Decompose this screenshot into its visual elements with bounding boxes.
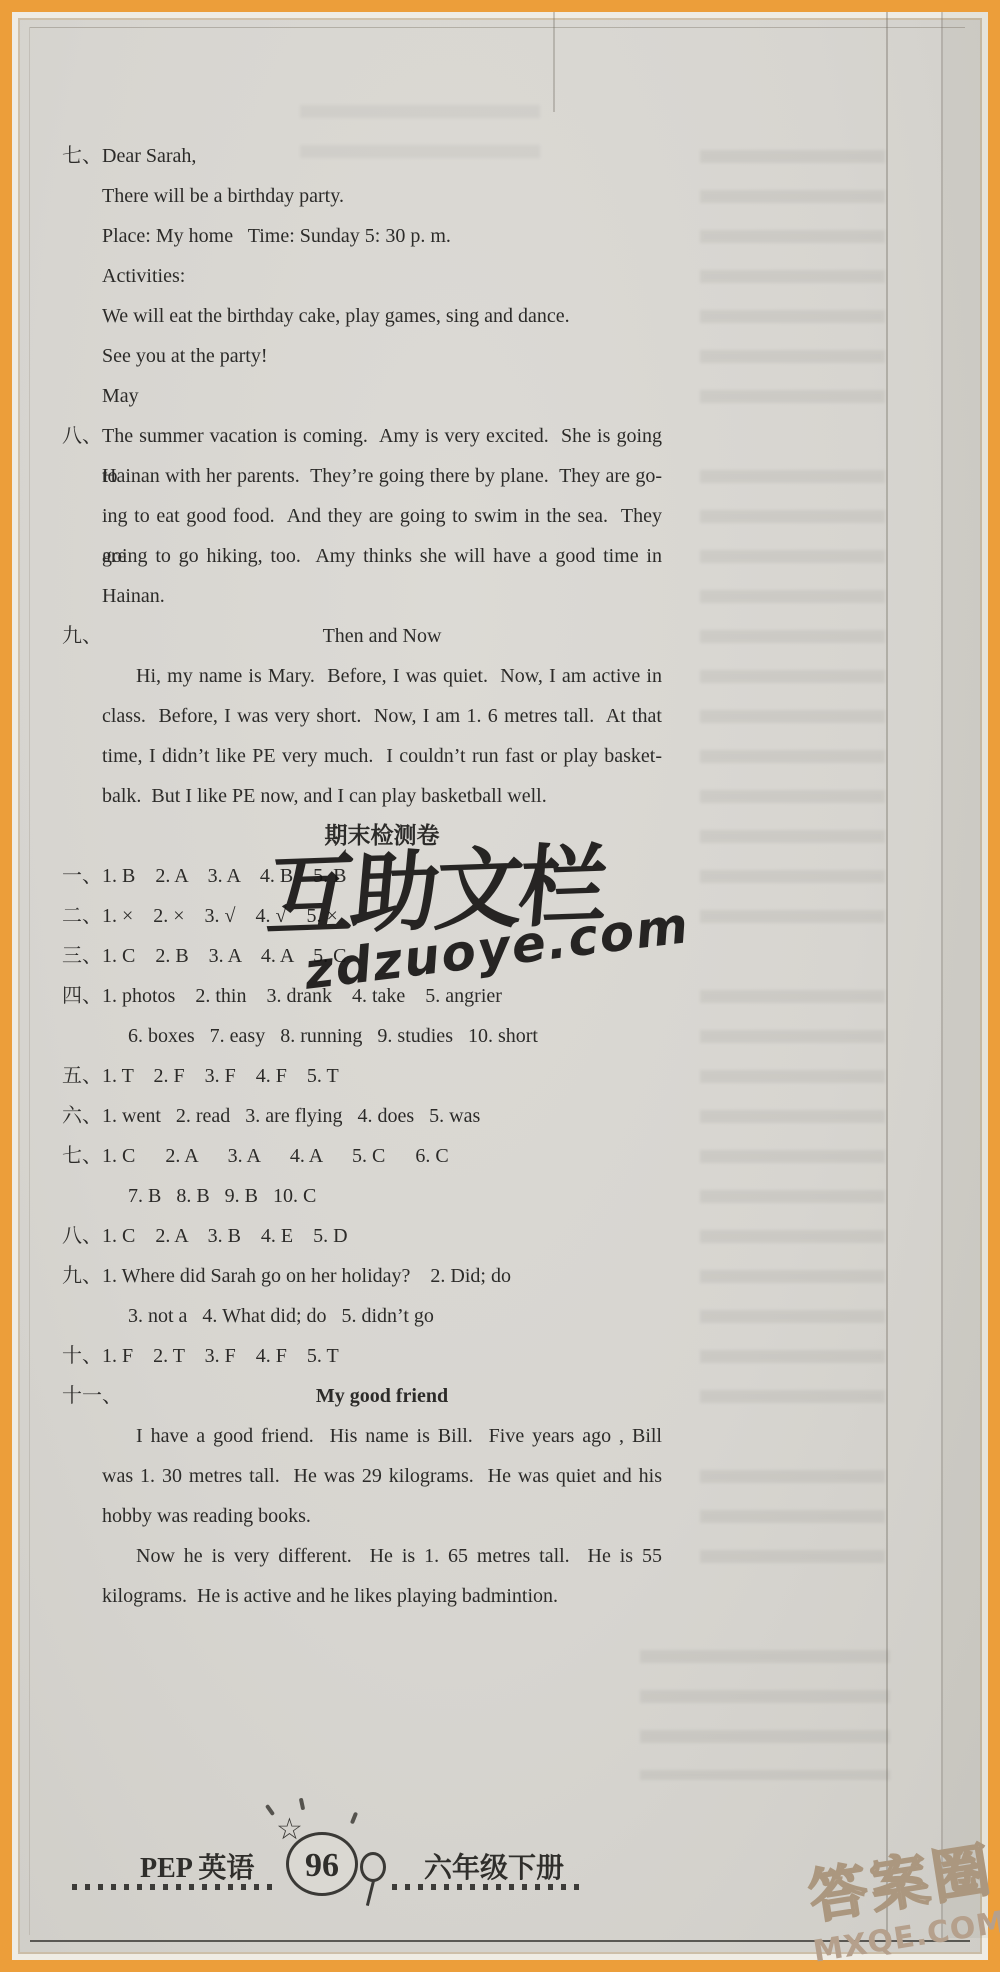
section-line: 七、1. C 2. A 3. A 4. A 5. C 6. C bbox=[62, 1136, 662, 1176]
crease-line bbox=[553, 12, 555, 112]
line-text: 期末检测卷 bbox=[102, 816, 662, 856]
section-line: 七、Dear Sarah, bbox=[62, 136, 662, 176]
section-label: 七、 bbox=[62, 1136, 102, 1176]
line-text: Then and Now bbox=[102, 616, 662, 656]
text-line: Now he is very different. He is 1. 65 me… bbox=[62, 1536, 662, 1576]
page-edge-shadow bbox=[943, 12, 988, 1938]
line-text: kilograms. He is active and he likes pla… bbox=[102, 1576, 662, 1616]
section-label: 七、 bbox=[62, 136, 102, 176]
footer-series-label: PEP 英语 bbox=[140, 1846, 254, 1886]
section-label: 二、 bbox=[62, 896, 102, 936]
magnifier-icon bbox=[360, 1852, 386, 1882]
line-text: 1. went 2. read 3. are flying 4. does 5.… bbox=[102, 1096, 662, 1136]
line-text: 1. photos 2. thin 3. drank 4. take 5. an… bbox=[102, 976, 662, 1016]
text-line: going to go hiking, too. Amy thinks she … bbox=[62, 536, 662, 576]
text-line: Place: My home Time: Sunday 5: 30 p. m. bbox=[62, 216, 662, 256]
footer-volume-label: 六年级下册 bbox=[424, 1846, 564, 1886]
text-line: I have a good friend. His name is Bill. … bbox=[62, 1416, 662, 1456]
text-line: 6. boxes 7. easy 8. running 9. studies 1… bbox=[62, 1016, 662, 1056]
line-text: My good friend bbox=[102, 1376, 662, 1416]
section-line: 八、1. C 2. A 3. B 4. E 5. D bbox=[62, 1216, 662, 1256]
section-label: 六、 bbox=[62, 1096, 102, 1136]
line-text: Hainan with her parents. They’re going t… bbox=[102, 456, 662, 496]
section-label: 十、 bbox=[62, 1336, 102, 1376]
section-label: 八、 bbox=[62, 416, 102, 456]
text-line: Hi, my name is Mary. Before, I was quiet… bbox=[62, 656, 662, 696]
text-line: class. Before, I was very short. Now, I … bbox=[62, 696, 662, 736]
section-line: 八、The summer vacation is coming. Amy is … bbox=[62, 416, 662, 456]
page-number: 96 bbox=[305, 1847, 339, 1884]
bleed-through-text bbox=[700, 150, 885, 410]
line-text: class. Before, I was very short. Now, I … bbox=[102, 696, 662, 736]
text-line: Activities: bbox=[62, 256, 662, 296]
line-text: 1. C 2. A 3. B 4. E 5. D bbox=[102, 1216, 662, 1256]
bottom-rule-line bbox=[30, 1940, 970, 1942]
line-text: 1. F 2. T 3. F 4. F 5. T bbox=[102, 1336, 662, 1376]
section-line: 三、1. C 2. B 3. A 4. A 5. C bbox=[62, 936, 662, 976]
line-text: Activities: bbox=[102, 256, 662, 296]
line-text: We will eat the birthday cake, play game… bbox=[102, 296, 662, 336]
section-line: 六、1. went 2. read 3. are flying 4. does … bbox=[62, 1096, 662, 1136]
text-line: 3. not a 4. What did; do 5. didn’t go bbox=[62, 1296, 662, 1336]
line-text: 1. C 2. A 3. A 4. A 5. C 6. C bbox=[102, 1136, 662, 1176]
line-text: 3. not a 4. What did; do 5. didn’t go bbox=[128, 1296, 662, 1336]
line-text: Dear Sarah, bbox=[102, 136, 662, 176]
line-text: hobby was reading books. bbox=[102, 1496, 662, 1536]
section-line: 九、Then and Now bbox=[62, 616, 662, 656]
text-line: time, I didn’t like PE very much. I coul… bbox=[62, 736, 662, 776]
line-text: There will be a birthday party. bbox=[102, 176, 662, 216]
line-text: 6. boxes 7. easy 8. running 9. studies 1… bbox=[128, 1016, 662, 1056]
page-number-badge: 96 bbox=[286, 1832, 358, 1896]
section-label: 五、 bbox=[62, 1056, 102, 1096]
bleed-through-text bbox=[700, 1470, 885, 1590]
scanned-workbook-page: 七、Dear Sarah,There will be a birthday pa… bbox=[0, 0, 1000, 1972]
text-line: Hainan with her parents. They’re going t… bbox=[62, 456, 662, 496]
text-line: was 1. 30 metres tall. He was 29 kilogra… bbox=[62, 1456, 662, 1496]
section-line: 十、1. F 2. T 3. F 4. F 5. T bbox=[62, 1336, 662, 1376]
section-label: 十一、 bbox=[62, 1376, 122, 1416]
line-text: going to go hiking, too. Amy thinks she … bbox=[102, 536, 662, 576]
line-text: was 1. 30 metres tall. He was 29 kilogra… bbox=[102, 1456, 662, 1496]
text-line: Hainan. bbox=[62, 576, 662, 616]
line-text: See you at the party! bbox=[102, 336, 662, 376]
bleed-through-text bbox=[700, 990, 885, 1420]
line-text: time, I didn’t like PE very much. I coul… bbox=[102, 736, 662, 776]
text-line: kilograms. He is active and he likes pla… bbox=[62, 1576, 662, 1616]
text-line: There will be a birthday party. bbox=[62, 176, 662, 216]
section-label: 一、 bbox=[62, 856, 102, 896]
text-line: hobby was reading books. bbox=[62, 1496, 662, 1536]
document-lines: 七、Dear Sarah,There will be a birthday pa… bbox=[62, 136, 662, 1616]
top-rule-line bbox=[30, 27, 965, 28]
line-text: Hi, my name is Mary. Before, I was quiet… bbox=[136, 656, 662, 696]
line-text: Now he is very different. He is 1. 65 me… bbox=[136, 1536, 662, 1576]
line-text: 1. B 2. A 3. A 4. B 5. B bbox=[102, 856, 662, 896]
section-line: 九、1. Where did Sarah go on her holiday? … bbox=[62, 1256, 662, 1296]
bleed-through-text bbox=[700, 470, 885, 930]
text-line: 期末检测卷 bbox=[62, 816, 662, 856]
section-label: 四、 bbox=[62, 976, 102, 1016]
line-text: 1. C 2. B 3. A 4. A 5. C bbox=[102, 936, 662, 976]
line-text: I have a good friend. His name is Bill. … bbox=[136, 1416, 662, 1456]
line-text: balk. But I like PE now, and I can play … bbox=[102, 776, 662, 816]
text-line: balk. But I like PE now, and I can play … bbox=[62, 776, 662, 816]
section-label: 九、 bbox=[62, 1256, 102, 1296]
line-text: 1. × 2. × 3. √ 4. √ 5. × bbox=[102, 896, 662, 936]
text-line: May bbox=[62, 376, 662, 416]
section-line: 十一、My good friend bbox=[62, 1376, 662, 1416]
section-label: 九、 bbox=[62, 616, 102, 656]
line-text: 1. T 2. F 3. F 4. F 5. T bbox=[102, 1056, 662, 1096]
line-text: Hainan. bbox=[102, 576, 662, 616]
text-line: See you at the party! bbox=[62, 336, 662, 376]
bleed-through-text bbox=[640, 1650, 890, 1780]
line-text: 1. Where did Sarah go on her holiday? 2.… bbox=[102, 1256, 662, 1296]
text-line: ing to eat good food. And they are going… bbox=[62, 496, 662, 536]
section-label: 八、 bbox=[62, 1216, 102, 1256]
text-line: We will eat the birthday cake, play game… bbox=[62, 296, 662, 336]
section-line: 四、1. photos 2. thin 3. drank 4. take 5. … bbox=[62, 976, 662, 1016]
line-text: 7. B 8. B 9. B 10. C bbox=[128, 1176, 662, 1216]
section-line: 五、1. T 2. F 3. F 4. F 5. T bbox=[62, 1056, 662, 1096]
line-text: May bbox=[102, 376, 662, 416]
line-text: Place: My home Time: Sunday 5: 30 p. m. bbox=[102, 216, 662, 256]
text-line: 7. B 8. B 9. B 10. C bbox=[62, 1176, 662, 1216]
section-line: 二、1. × 2. × 3. √ 4. √ 5. × bbox=[62, 896, 662, 936]
left-rule-line bbox=[29, 27, 30, 1935]
section-label: 三、 bbox=[62, 936, 102, 976]
section-line: 一、1. B 2. A 3. A 4. B 5. B bbox=[62, 856, 662, 896]
